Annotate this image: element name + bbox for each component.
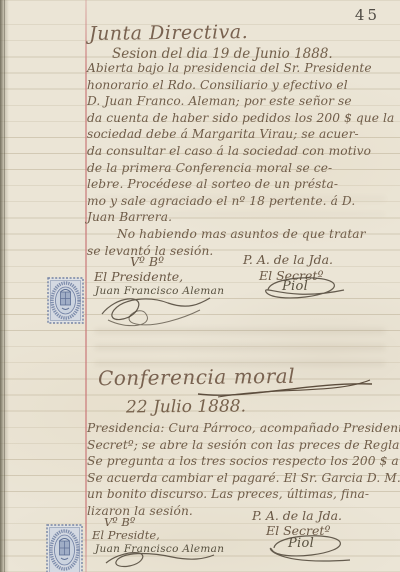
approval-mark: Vº Bº [130,254,164,269]
body-line: da consultar el caso á la sociedad con m… [87,143,399,160]
signature-oval-flourish [258,272,346,308]
body-line: D. Juan Franco. Aleman; por este señor s… [87,93,399,110]
body-line: Secretº; se abre la sesión con las prece… [87,437,399,454]
signature-flourish [92,551,222,572]
body-line: Se pregunta a los tres socios respecto l… [87,453,399,470]
signature-oval-flourish [262,530,352,570]
delegation-note: P. A. de la Jda. [252,508,342,523]
page-number: 45 [355,6,380,24]
body-line: mo y sale agraciado el nº 18 pertente. á… [87,193,399,210]
manuscript-page: 45 Junta Directiva. Sesion del dia 19 de… [0,0,400,572]
entry1-body: Abierta bajo la presidencia del Sr. Pres… [87,60,399,259]
body-line: Presidencia: Cura Párroco, acompañado Pr… [87,420,399,437]
body-line: Se acuerda cambiar el pagaré. El Sr. Gar… [87,470,399,487]
approval-mark: Vº Bº [104,515,135,529]
entry1-title: Junta Directiva. [89,21,248,45]
body-line: Abierta bajo la presidencia del Sr. Pres… [87,60,399,77]
fiscal-stamp [46,524,83,572]
president-role-label: El Presidte, [92,528,160,542]
signature-flourish [88,294,218,336]
body-line: da cuenta de haber sido pedidos los 200 … [87,110,399,127]
binding-edge-line [4,0,5,572]
body-line: un bonito discurso. Las preces, últimas,… [87,486,399,503]
body-line: de la primera Conferencia moral se ce- [87,160,399,177]
delegation-note: P. A. de la Jda. [243,252,333,267]
body-line: Juan Barrera. [87,209,399,226]
fiscal-stamp [47,277,84,324]
closing-line: No habiendo mas asuntos de que tratar [87,226,399,243]
body-line: lebre. Procédese al sorteo de un présta- [87,176,399,193]
body-line: honorario el Rdo. Consiliario y efectivo… [87,77,399,94]
entry2-date: 22 Julio 1888. [126,396,246,417]
president-role-label: El Presidente, [94,269,183,284]
body-line: sociedad debe á Margarita Virau; se acue… [87,126,399,143]
entry2-body: Presidencia: Cura Párroco, acompañado Pr… [87,420,399,520]
